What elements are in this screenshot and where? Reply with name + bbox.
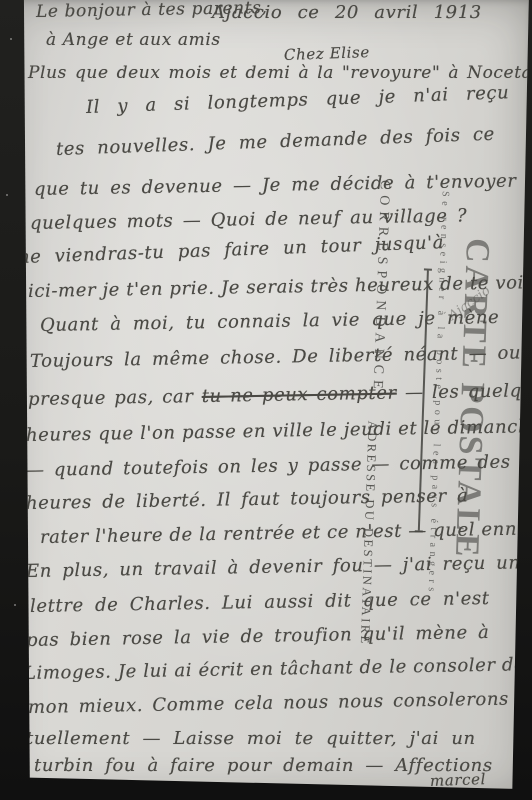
handwritten-greeting2: à Ange et aux amis	[46, 30, 221, 50]
handwritten-inserted-note: Chez Elise	[284, 43, 370, 64]
handwritten-line: Toujours la même chose. De liberté néant…	[30, 342, 522, 372]
handwritten-line: ici-mer je t'en prie. Je serais très heu…	[28, 272, 532, 302]
handwritten-line: turbin fou à faire pour demain — Affecti…	[34, 755, 493, 776]
handwritten-line: lettre de Charles. Lui aussi dit que ce …	[30, 588, 490, 617]
handwritten-line: Plus que deux mois et demi à la "revoyur…	[28, 63, 532, 83]
handwritten-line: En plus, un travail à devenir fou — j'ai…	[26, 552, 532, 582]
strike-text: tu ne peux compter	[202, 383, 397, 407]
handwritten-line: ne viendras-tu pas faire un tour jusqu'à	[18, 232, 445, 268]
handwritten-line: mon mieux. Comme cela nous nous consoler…	[28, 688, 532, 718]
handwritten-line: heures de liberté. Il faut toujours pens…	[26, 485, 469, 514]
handwritten-line: quelques mots — Quoi de neuf au village …	[30, 205, 468, 234]
postcard-paper: CARTE POSTALE Se renseigner à la poste p…	[0, 0, 532, 800]
handwritten-line: Il y a si longtemps que je n'ai reçu de	[86, 81, 532, 118]
handwritten-dateline: Ajaccio ce 20 avril 1913	[212, 2, 482, 23]
handwritten-signature: marcel	[430, 770, 487, 790]
handwritten-line: rater l'heure de la rentrée et ce n'est …	[40, 518, 532, 548]
handwritten-line-struck: presque pas, car tu ne peux compter — le…	[28, 380, 532, 410]
handwritten-line: pas bien rose la vie de troufion qu'il m…	[26, 622, 490, 651]
handwritten-line: Limoges. Je lui ai écrit en tâchant de l…	[24, 654, 526, 684]
handwritten-line: tes nouvelles. Je me demande des fois ce	[56, 124, 496, 160]
handwritten-line: tuellement — Laisse moi te quitter, j'ai…	[26, 728, 476, 749]
dust-speck	[10, 38, 12, 40]
postcard-photo: CARTE POSTALE Se renseigner à la poste p…	[0, 0, 532, 800]
strike-pre: presque pas, car	[28, 386, 202, 410]
handwritten-line: heures que l'on passe en ville le jeudi …	[26, 416, 532, 446]
handwritten-line: que tu es devenue — Je me décide à t'env…	[34, 170, 532, 200]
strike-post: — les quelques	[397, 380, 532, 404]
handwritten-line: — quand toutefois on les y passe — comme…	[26, 452, 511, 481]
dust-speck	[14, 604, 16, 606]
dust-speck	[6, 194, 8, 196]
handwritten-line: Quant à moi, tu connais la vie que je mè…	[40, 307, 500, 336]
